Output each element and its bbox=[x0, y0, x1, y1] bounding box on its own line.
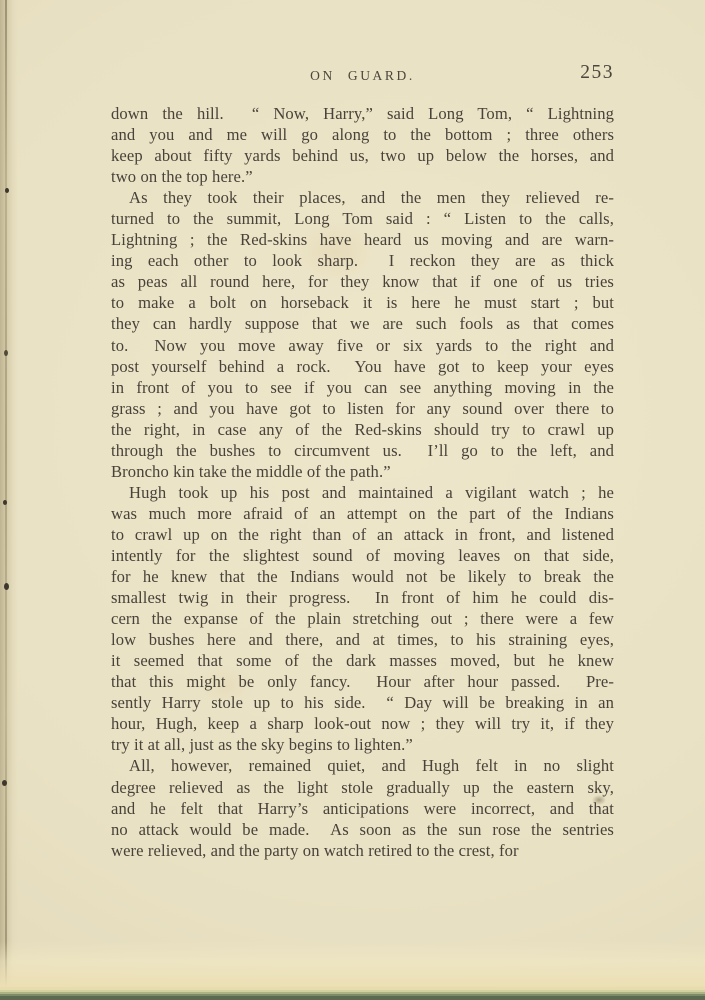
text-line: post yourself behind a rock. You have go… bbox=[111, 356, 614, 377]
page-stack-edge bbox=[0, 941, 705, 987]
text-line: down the hill. “ Now, Harry,” said Long … bbox=[111, 103, 614, 124]
text-line: smallest twig in their progress. In fron… bbox=[111, 587, 614, 608]
text-line: Lightning ; the Red-skins have heard us … bbox=[111, 229, 614, 250]
body-text: down the hill. “ Now, Harry,” said Long … bbox=[111, 103, 614, 861]
text-line: the right, in case any of the Red-skins … bbox=[111, 419, 614, 440]
text-line: in front of you to see if you can see an… bbox=[111, 377, 614, 398]
binding-speck bbox=[4, 583, 9, 590]
text-line: and you and me will go along to the bott… bbox=[111, 124, 614, 145]
text-line: to crawl up on the right than of an atta… bbox=[111, 524, 614, 545]
text-line: to make a bolt on horseback it is here h… bbox=[111, 292, 614, 313]
text-line: for he knew that the Indians would not b… bbox=[111, 566, 614, 587]
text-line: turned to the summit, Long Tom said : “ … bbox=[111, 208, 614, 229]
text-line: keep about fifty yards behind us, two up… bbox=[111, 145, 614, 166]
text-line: cern the expanse of the plain stretching… bbox=[111, 608, 614, 629]
binding-speck bbox=[2, 780, 7, 786]
book-page-scan: ON GUARD. 253 down the hill. “ Now, Harr… bbox=[0, 0, 705, 1000]
book-bottom-edge bbox=[0, 987, 705, 1000]
text-line: to. Now you move away five or six yards … bbox=[111, 335, 614, 356]
text-line: try it at all, just as the sky begins to… bbox=[111, 734, 614, 755]
text-line: All, however, remained quiet, and Hugh f… bbox=[111, 755, 614, 776]
text-line: low bushes here and there, and at times,… bbox=[111, 629, 614, 650]
text-line: Broncho kin take the middle of the path.… bbox=[111, 461, 614, 482]
text-line: As they took their places, and the men t… bbox=[111, 187, 614, 208]
binding-speck bbox=[4, 350, 8, 356]
page-number: 253 bbox=[580, 62, 614, 84]
running-header: ON GUARD. 253 bbox=[111, 62, 614, 88]
text-line: it seemed that some of the dark masses m… bbox=[111, 650, 614, 671]
text-line: hour, Hugh, keep a sharp look-out now ; … bbox=[111, 713, 614, 734]
paragraph: Hugh took up his post and maintained a v… bbox=[111, 482, 614, 756]
binding-speck bbox=[3, 500, 7, 505]
text-line: through the bushes to circumvent us. I’l… bbox=[111, 440, 614, 461]
paragraph: All, however, remained quiet, and Hugh f… bbox=[111, 755, 614, 860]
text-line: and he felt that Harry’s anticipations w… bbox=[111, 798, 614, 819]
paragraph: As they took their places, and the men t… bbox=[111, 187, 614, 482]
paragraph: down the hill. “ Now, Harry,” said Long … bbox=[111, 103, 614, 187]
text-line: as peas all round here, for they know th… bbox=[111, 271, 614, 292]
text-line: sently Harry stole up to his side. “ Day… bbox=[111, 692, 614, 713]
text-line: degree relieved as the light stole gradu… bbox=[111, 777, 614, 798]
text-line: no attack would be made. As soon as the … bbox=[111, 819, 614, 840]
binding-edge bbox=[0, 0, 18, 1000]
text-line: ing each other to look sharp. I reckon t… bbox=[111, 250, 614, 271]
text-line: Hugh took up his post and maintained a v… bbox=[111, 482, 614, 503]
binding-speck bbox=[5, 188, 9, 193]
text-line: were relieved, and the party on watch re… bbox=[111, 840, 614, 861]
text-line: two on the top here.” bbox=[111, 166, 614, 187]
text-line: was much more afraid of an attempt on th… bbox=[111, 503, 614, 524]
binding-line bbox=[5, 0, 7, 992]
running-title: ON GUARD. bbox=[111, 68, 614, 84]
text-line: grass ; and you have got to listen for a… bbox=[111, 398, 614, 419]
text-line: they can hardly suppose that we are such… bbox=[111, 313, 614, 334]
text-line: that this might be only fancy. Hour afte… bbox=[111, 671, 614, 692]
text-line: intently for the slightest sound of movi… bbox=[111, 545, 614, 566]
